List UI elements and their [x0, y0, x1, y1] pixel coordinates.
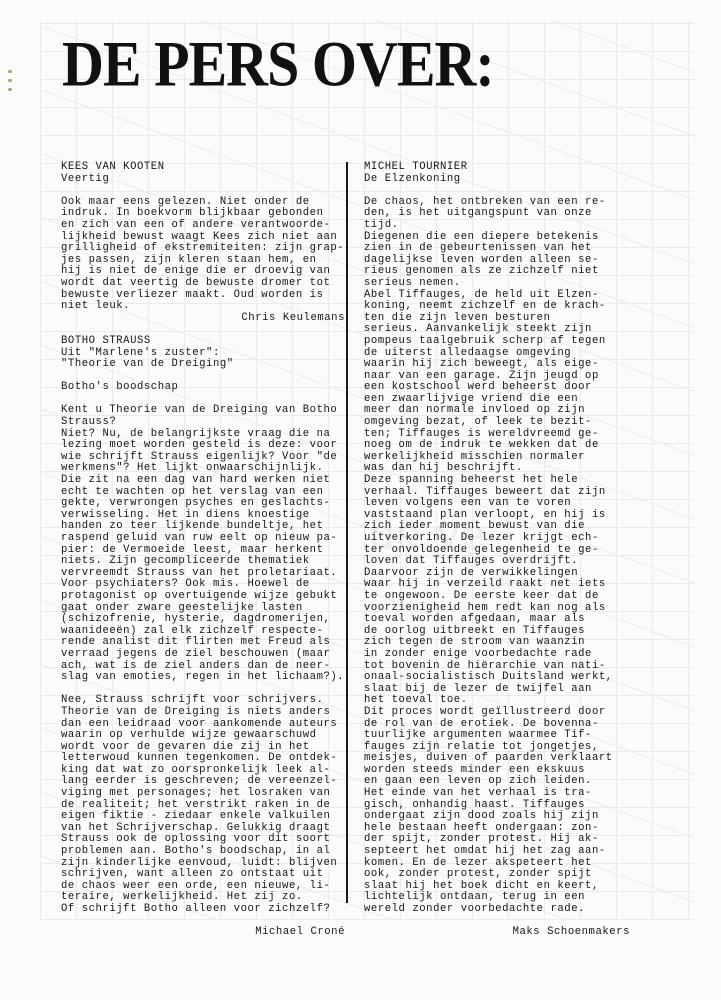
review-body-line: Strauss?	[61, 417, 351, 429]
review-body-line: serieus nemen.	[364, 278, 654, 290]
review-body-line: tijd.	[364, 220, 654, 232]
review-body-line: grilligheid of ekstremiteiten: zijn grap…	[61, 243, 351, 255]
review-body-line: viging met personages; het losraken van	[61, 788, 351, 800]
review-body-line: septeert het omdat hij het zag aan-	[364, 846, 654, 858]
review-body-line: Het einde van het verhaal is tra-	[364, 788, 654, 800]
review-body-line: raspend geluid van ruw eelt op nieuw pa-	[61, 533, 351, 545]
review-body-line: Of schrijft Botho alleen voor zichzelf?	[61, 904, 351, 916]
review-body-line: niet leuk.	[61, 301, 351, 313]
review-body-line: koning, neemt zichzelf en de krach-	[364, 301, 654, 313]
left-column: KEES VAN KOOTENVeertigOok maar eens gele…	[61, 162, 351, 939]
review-body-line: Die zit na een dag van hard werken niet	[61, 475, 351, 487]
review-body-line: problemen aan. Botho's boodschap, in al	[61, 846, 351, 858]
review-body-line: waarin hij zich beweegt, als eige-	[364, 359, 654, 371]
review-subheading: Botho's boodschap	[61, 382, 351, 394]
review-signature: Maks Schoenmakers	[364, 927, 654, 939]
review-body-line: Theorie van de Dreiging is niets anders	[61, 707, 351, 719]
review-article: BOTHO STRAUSSUit "Marlene's zuster":"The…	[61, 336, 351, 939]
review-work-title: Veertig	[61, 174, 351, 186]
review-body-line: toeval worden afgedaan, maar als	[364, 614, 654, 626]
review-body-line: uitverkoring. De lezer krijgt ech-	[364, 533, 654, 545]
review-body-line: en zich van een of andere verantwoorde-	[61, 220, 351, 232]
review-body-line: protagonist op overtuigende wijze gebukt	[61, 591, 351, 603]
review-body-line: in zonder enige voorbedachte rade	[364, 649, 654, 661]
review-work-title: De Elzenkoning	[364, 174, 654, 186]
review-author: BOTHO STRAUSS	[61, 336, 351, 348]
review-body-line: zien in de gebeurtenissen van het	[364, 243, 654, 255]
review-work-title: "Theorie van de Dreiging"	[61, 359, 351, 371]
right-column: MICHEL TOURNIERDe ElzenkoningDe chaos, h…	[364, 162, 654, 939]
page-title: DE PERS OVER:	[62, 26, 494, 101]
review-body-line: pompeus taalgebruik scherp af tegen	[364, 336, 654, 348]
review-body-line: waarin op verhulde wijze gewaarschuwd	[61, 730, 351, 742]
review-body-line: tuurlijke argumenten waarmee Tif-	[364, 730, 654, 742]
review-body-line: wereld zonder voorbedachte rade.	[364, 904, 654, 916]
review-body-line: (schizofrenie, hysterie, dagdromerijen,	[61, 614, 351, 626]
review-body-line: Dit proces wordt geïllustreerd door	[364, 707, 654, 719]
column-divider	[346, 162, 348, 903]
paper-stain-marks	[6, 64, 14, 104]
review-body-line: verraad jegens de ziel beschouwen (maar	[61, 649, 351, 661]
review-body-line: te ongewoon. De eerste keer dat de	[364, 591, 654, 603]
review-body-line: onaal-socialistisch Duitsland werkt,	[364, 672, 654, 684]
review-author: KEES VAN KOOTEN	[61, 162, 351, 174]
review-body-line: den, is het uitgangspunt van onze	[364, 208, 654, 220]
review-body-line: Deze spanning beheerst het hele	[364, 475, 654, 487]
review-author: MICHEL TOURNIER	[364, 162, 654, 174]
review-article: MICHEL TOURNIERDe ElzenkoningDe chaos, h…	[364, 162, 654, 939]
review-body-line: wordt dat veertig de bewuste dromer tot	[61, 278, 351, 290]
review-article: KEES VAN KOOTENVeertigOok maar eens gele…	[61, 162, 351, 336]
review-body-line: slag van emoties, regen in het lichaam?)…	[61, 672, 351, 684]
review-signature: Michael Croné	[61, 927, 351, 939]
review-body-line: omgeving bezat, of leek te bezit-	[364, 417, 654, 429]
review-signature: Chris Keulemans	[61, 313, 351, 325]
